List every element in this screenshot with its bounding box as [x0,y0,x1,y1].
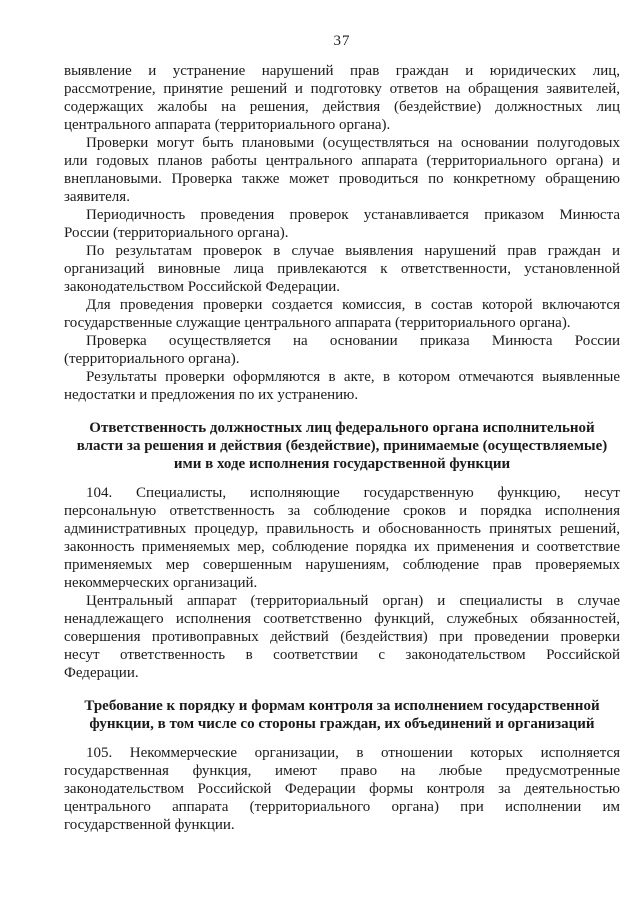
paragraph-line: По результатам проверок в случае выявлен… [64,242,620,260]
paragraph-line: Результаты проверки оформляются в акте, … [64,368,620,386]
paragraph-line: персональную ответственность за соблюден… [64,502,620,520]
paragraph-line: совершения противоправных действий (безд… [64,628,620,646]
paragraph-line: государственной функции. [64,816,620,834]
document-body: выявление и устранение нарушений прав гр… [64,62,620,834]
heading-line: Ответственность должностных лиц федераль… [64,419,620,437]
paragraph-line: содержащих жалобы на решения, действия (… [64,98,620,116]
paragraph-line: 104. Специалисты, исполняющие государств… [64,484,620,502]
paragraph-line: заявителя. [64,188,620,206]
paragraph: Центральный аппарат (территориальный орг… [64,592,620,682]
section-heading: Требование к порядку и формам контроля з… [64,697,620,733]
paragraph-line: государственные служащие центрального ап… [64,314,620,332]
page-number: 37 [64,33,620,50]
paragraph: выявление и устранение нарушений прав гр… [64,62,620,134]
paragraph: Проверка осуществляется на основании при… [64,332,620,368]
paragraph-line: 105. Некоммерческие организации, в отнош… [64,744,620,762]
paragraph-line: административных процедур, правильность … [64,520,620,538]
paragraph-line: выявление и устранение нарушений прав гр… [64,62,620,80]
paragraph-line: законодательством Российской Федерации ф… [64,780,620,798]
heading-line: Требование к порядку и формам контроля з… [64,697,620,715]
section-heading: Ответственность должностных лиц федераль… [64,419,620,473]
paragraph-line: (территориального органа). [64,350,620,368]
paragraph-line: рассмотрение, принятие решений и подгото… [64,80,620,98]
paragraph-line: Проверки могут быть плановыми (осуществл… [64,134,620,152]
paragraph-line: применяемых мер совершенным нарушениям, … [64,556,620,574]
paragraph: Результаты проверки оформляются в акте, … [64,368,620,404]
paragraph-line: недостатки и предложения по их устранени… [64,386,620,404]
paragraph-line: некоммерческих организаций. [64,574,620,592]
heading-line: ими в ходе исполнения государственной фу… [64,455,620,473]
paragraph-line: Центральный аппарат (территориальный орг… [64,592,620,610]
paragraph: 105. Некоммерческие организации, в отнош… [64,744,620,834]
paragraph-line: законность применяемых мер, соблюдение п… [64,538,620,556]
heading-line: власти за решения и действия (бездействи… [64,437,620,455]
document-page: 37 выявление и устранение нарушений прав… [0,0,640,905]
paragraph: 104. Специалисты, исполняющие государств… [64,484,620,592]
paragraph-line: Периодичность проведения проверок устана… [64,206,620,224]
paragraph-line: или годовых планов работы центрального а… [64,152,620,170]
paragraph-line: несут ответственность в соответствии с з… [64,646,620,664]
paragraph-line: центрального аппарата (территориального … [64,798,620,816]
paragraph-line: России (территориального органа). [64,224,620,242]
paragraph: Проверки могут быть плановыми (осуществл… [64,134,620,206]
paragraph-line: Федерации. [64,664,620,682]
paragraph: Периодичность проведения проверок устана… [64,206,620,242]
paragraph: По результатам проверок в случае выявлен… [64,242,620,296]
paragraph: Для проведения проверки создается комисс… [64,296,620,332]
paragraph-line: Для проведения проверки создается комисс… [64,296,620,314]
paragraph-line: ненадлежащего исполнения соответственно … [64,610,620,628]
paragraph-line: организаций виновные лица привлекаются к… [64,260,620,278]
heading-line: функции, в том числе со стороны граждан,… [64,715,620,733]
paragraph-line: государственная функция, имеют право на … [64,762,620,780]
paragraph-line: внеплановыми. Проверка также может прово… [64,170,620,188]
paragraph-line: законодательством Российской Федерации. [64,278,620,296]
paragraph-line: центрального аппарата (территориального … [64,116,620,134]
paragraph-line: Проверка осуществляется на основании при… [64,332,620,350]
